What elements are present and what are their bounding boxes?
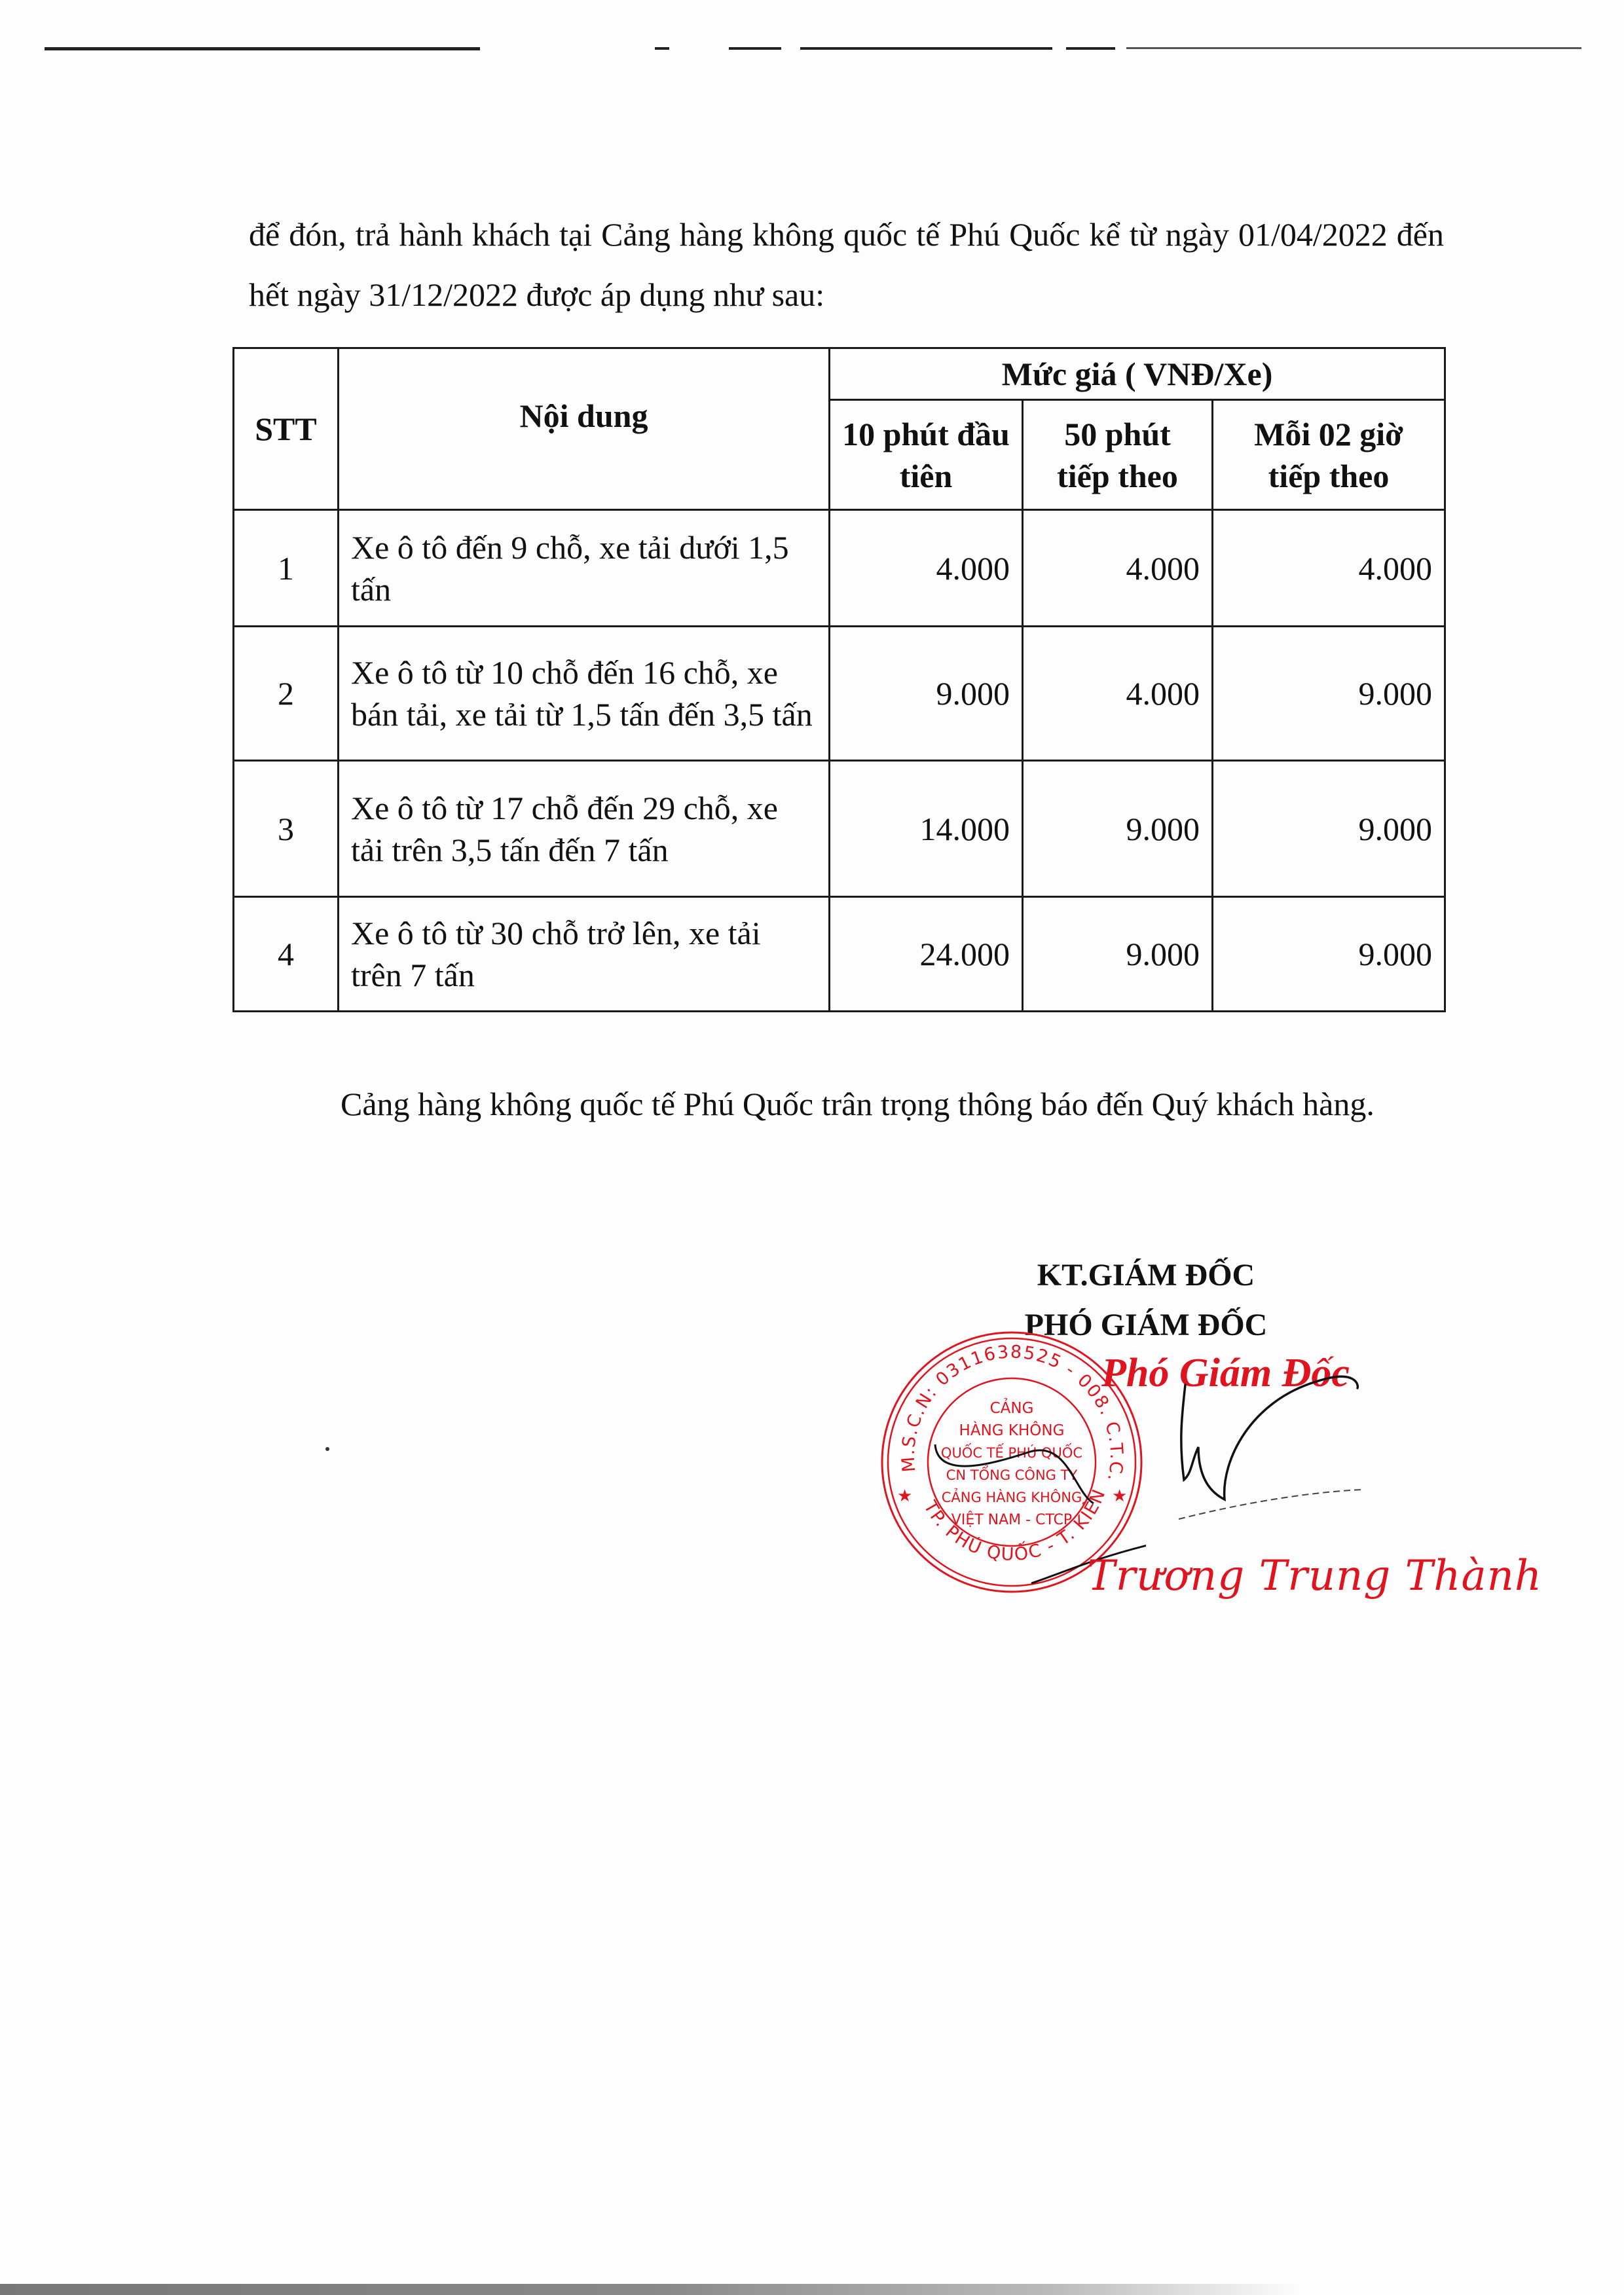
header-next-50-min: 50 phút tiếp theo	[1023, 400, 1213, 510]
row-next-50-min: 9.000	[1023, 761, 1213, 897]
svg-text:★: ★	[897, 1486, 912, 1506]
intro-paragraph: để đón, trả hành khách tại Cảng hàng khô…	[249, 204, 1444, 325]
row-next-50-min: 9.000	[1023, 897, 1213, 1012]
row-content: Xe ô tô từ 30 chỗ trở lên, xe tải trên 7…	[339, 897, 830, 1012]
row-first-10-min: 14.000	[830, 761, 1023, 897]
row-each-next-2h: 9.000	[1213, 627, 1445, 761]
seal-line: CẢNG HÀNG KHÔNG	[942, 1488, 1082, 1505]
header-stt: STT	[234, 348, 339, 510]
row-stt: 2	[234, 627, 339, 761]
row-first-10-min: 24.000	[830, 897, 1023, 1012]
row-each-next-2h: 4.000	[1213, 510, 1445, 627]
row-content: Xe ô tô từ 10 chỗ đến 16 chỗ, xe bán tải…	[339, 627, 830, 761]
table-row: 1 Xe ô tô đến 9 chỗ, xe tải dưới 1,5 tấn…	[234, 510, 1445, 627]
scan-edge-shadow	[0, 2284, 1624, 2295]
row-next-50-min: 4.000	[1023, 510, 1213, 627]
handwritten-signature-icon	[1100, 1355, 1388, 1565]
signatory-name: Trương Trung Thành	[1087, 1552, 1542, 1600]
row-each-next-2h: 9.000	[1213, 761, 1445, 897]
row-next-50-min: 4.000	[1023, 627, 1213, 761]
top-rule-fragment	[655, 47, 669, 50]
top-rule-fragment	[729, 47, 781, 50]
header-content: Nội dung	[339, 348, 830, 510]
closing-paragraph: Cảng hàng không quốc tế Phú Quốc trân tr…	[249, 1074, 1444, 1134]
top-rule-left	[45, 47, 480, 50]
header-price-group: Mức giá ( VNĐ/Xe)	[830, 348, 1445, 400]
scan-speck	[325, 1447, 329, 1451]
row-content: Xe ô tô đến 9 chỗ, xe tải dưới 1,5 tấn	[339, 510, 830, 627]
top-rule-right	[1126, 47, 1581, 49]
price-table: STT Nội dung Mức giá ( VNĐ/Xe) 10 phút đ…	[232, 347, 1446, 1012]
signatory-title: KT.GIÁM ĐỐC	[950, 1257, 1342, 1293]
row-each-next-2h: 9.000	[1213, 897, 1445, 1012]
header-first-10-min: 10 phút đầu tiên	[830, 400, 1023, 510]
row-first-10-min: 4.000	[830, 510, 1023, 627]
top-rule-fragment	[1066, 47, 1115, 50]
table-row: 2 Xe ô tô từ 10 chỗ đến 16 chỗ, xe bán t…	[234, 627, 1445, 761]
row-content: Xe ô tô từ 17 chỗ đến 29 chỗ, xe tải trê…	[339, 761, 830, 897]
row-stt: 4	[234, 897, 339, 1012]
top-rule-fragment	[800, 47, 1052, 50]
seal-line: CN TỔNG CÔNG TY	[946, 1465, 1078, 1483]
row-stt: 3	[234, 761, 339, 897]
header-each-next-2h: Mỗi 02 giờ tiếp theo	[1213, 400, 1445, 510]
row-first-10-min: 9.000	[830, 627, 1023, 761]
row-stt: 1	[234, 510, 339, 627]
seal-line: VIỆT NAM - CTCP	[951, 1511, 1072, 1528]
seal-line: HÀNG KHÔNG	[959, 1421, 1065, 1439]
table-row: 3 Xe ô tô từ 17 chỗ đến 29 chỗ, xe tải t…	[234, 761, 1445, 897]
table-row: 4 Xe ô tô từ 30 chỗ trở lên, xe tải trên…	[234, 897, 1445, 1012]
seal-line: CẢNG	[990, 1398, 1034, 1417]
